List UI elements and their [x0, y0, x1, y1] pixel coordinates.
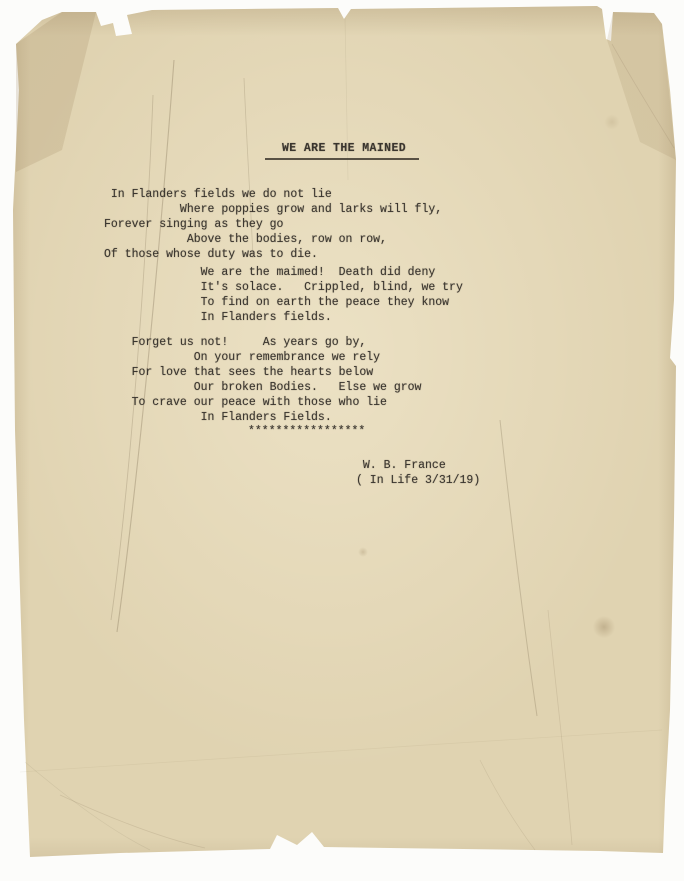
scanned-page: WE ARE THE MAINED In Flanders fields we …	[0, 0, 684, 881]
poem-line: Of those whose duty was to die.	[104, 247, 442, 262]
paper-sheet	[0, 0, 684, 881]
signature-block: W. B. France ( In Life 3/31/19)	[356, 458, 480, 488]
signature-name: W. B. France	[356, 458, 480, 473]
poem-line: In Flanders fields.	[104, 310, 463, 325]
poem-line: Forget us not! As years go by,	[104, 335, 421, 350]
poem-line: In Flanders Fields.	[104, 410, 421, 425]
poem-line: Our broken Bodies. Else we grow	[104, 380, 421, 395]
poem-line: On your remembrance we rely	[104, 350, 421, 365]
poem-line: Forever singing as they go	[104, 217, 442, 232]
poem-line: We are the maimed! Death did deny	[104, 265, 463, 280]
divider-asterisks: *****************	[248, 424, 365, 439]
poem-line: Above the bodies, row on row,	[104, 232, 442, 247]
poem-line: To find on earth the peace they know	[104, 295, 463, 310]
signature-date: ( In Life 3/31/19)	[356, 473, 480, 488]
poem-line: Where poppies grow and larks will fly,	[104, 202, 442, 217]
title-row: WE ARE THE MAINED	[0, 138, 684, 160]
stanza-1: In Flanders fields we do not lie Where p…	[104, 187, 442, 262]
poem-line: To crave our peace with those who lie	[104, 395, 421, 410]
poem-line: It's solace. Crippled, blind, we try	[104, 280, 463, 295]
poem-title: WE ARE THE MAINED	[265, 141, 419, 160]
poem-line: In Flanders fields we do not lie	[104, 187, 442, 202]
stanza-3: Forget us not! As years go by, On your r…	[104, 335, 421, 425]
stanza-2: We are the maimed! Death did deny It's s…	[104, 265, 463, 325]
poem-line: For love that sees the hearts below	[104, 365, 421, 380]
